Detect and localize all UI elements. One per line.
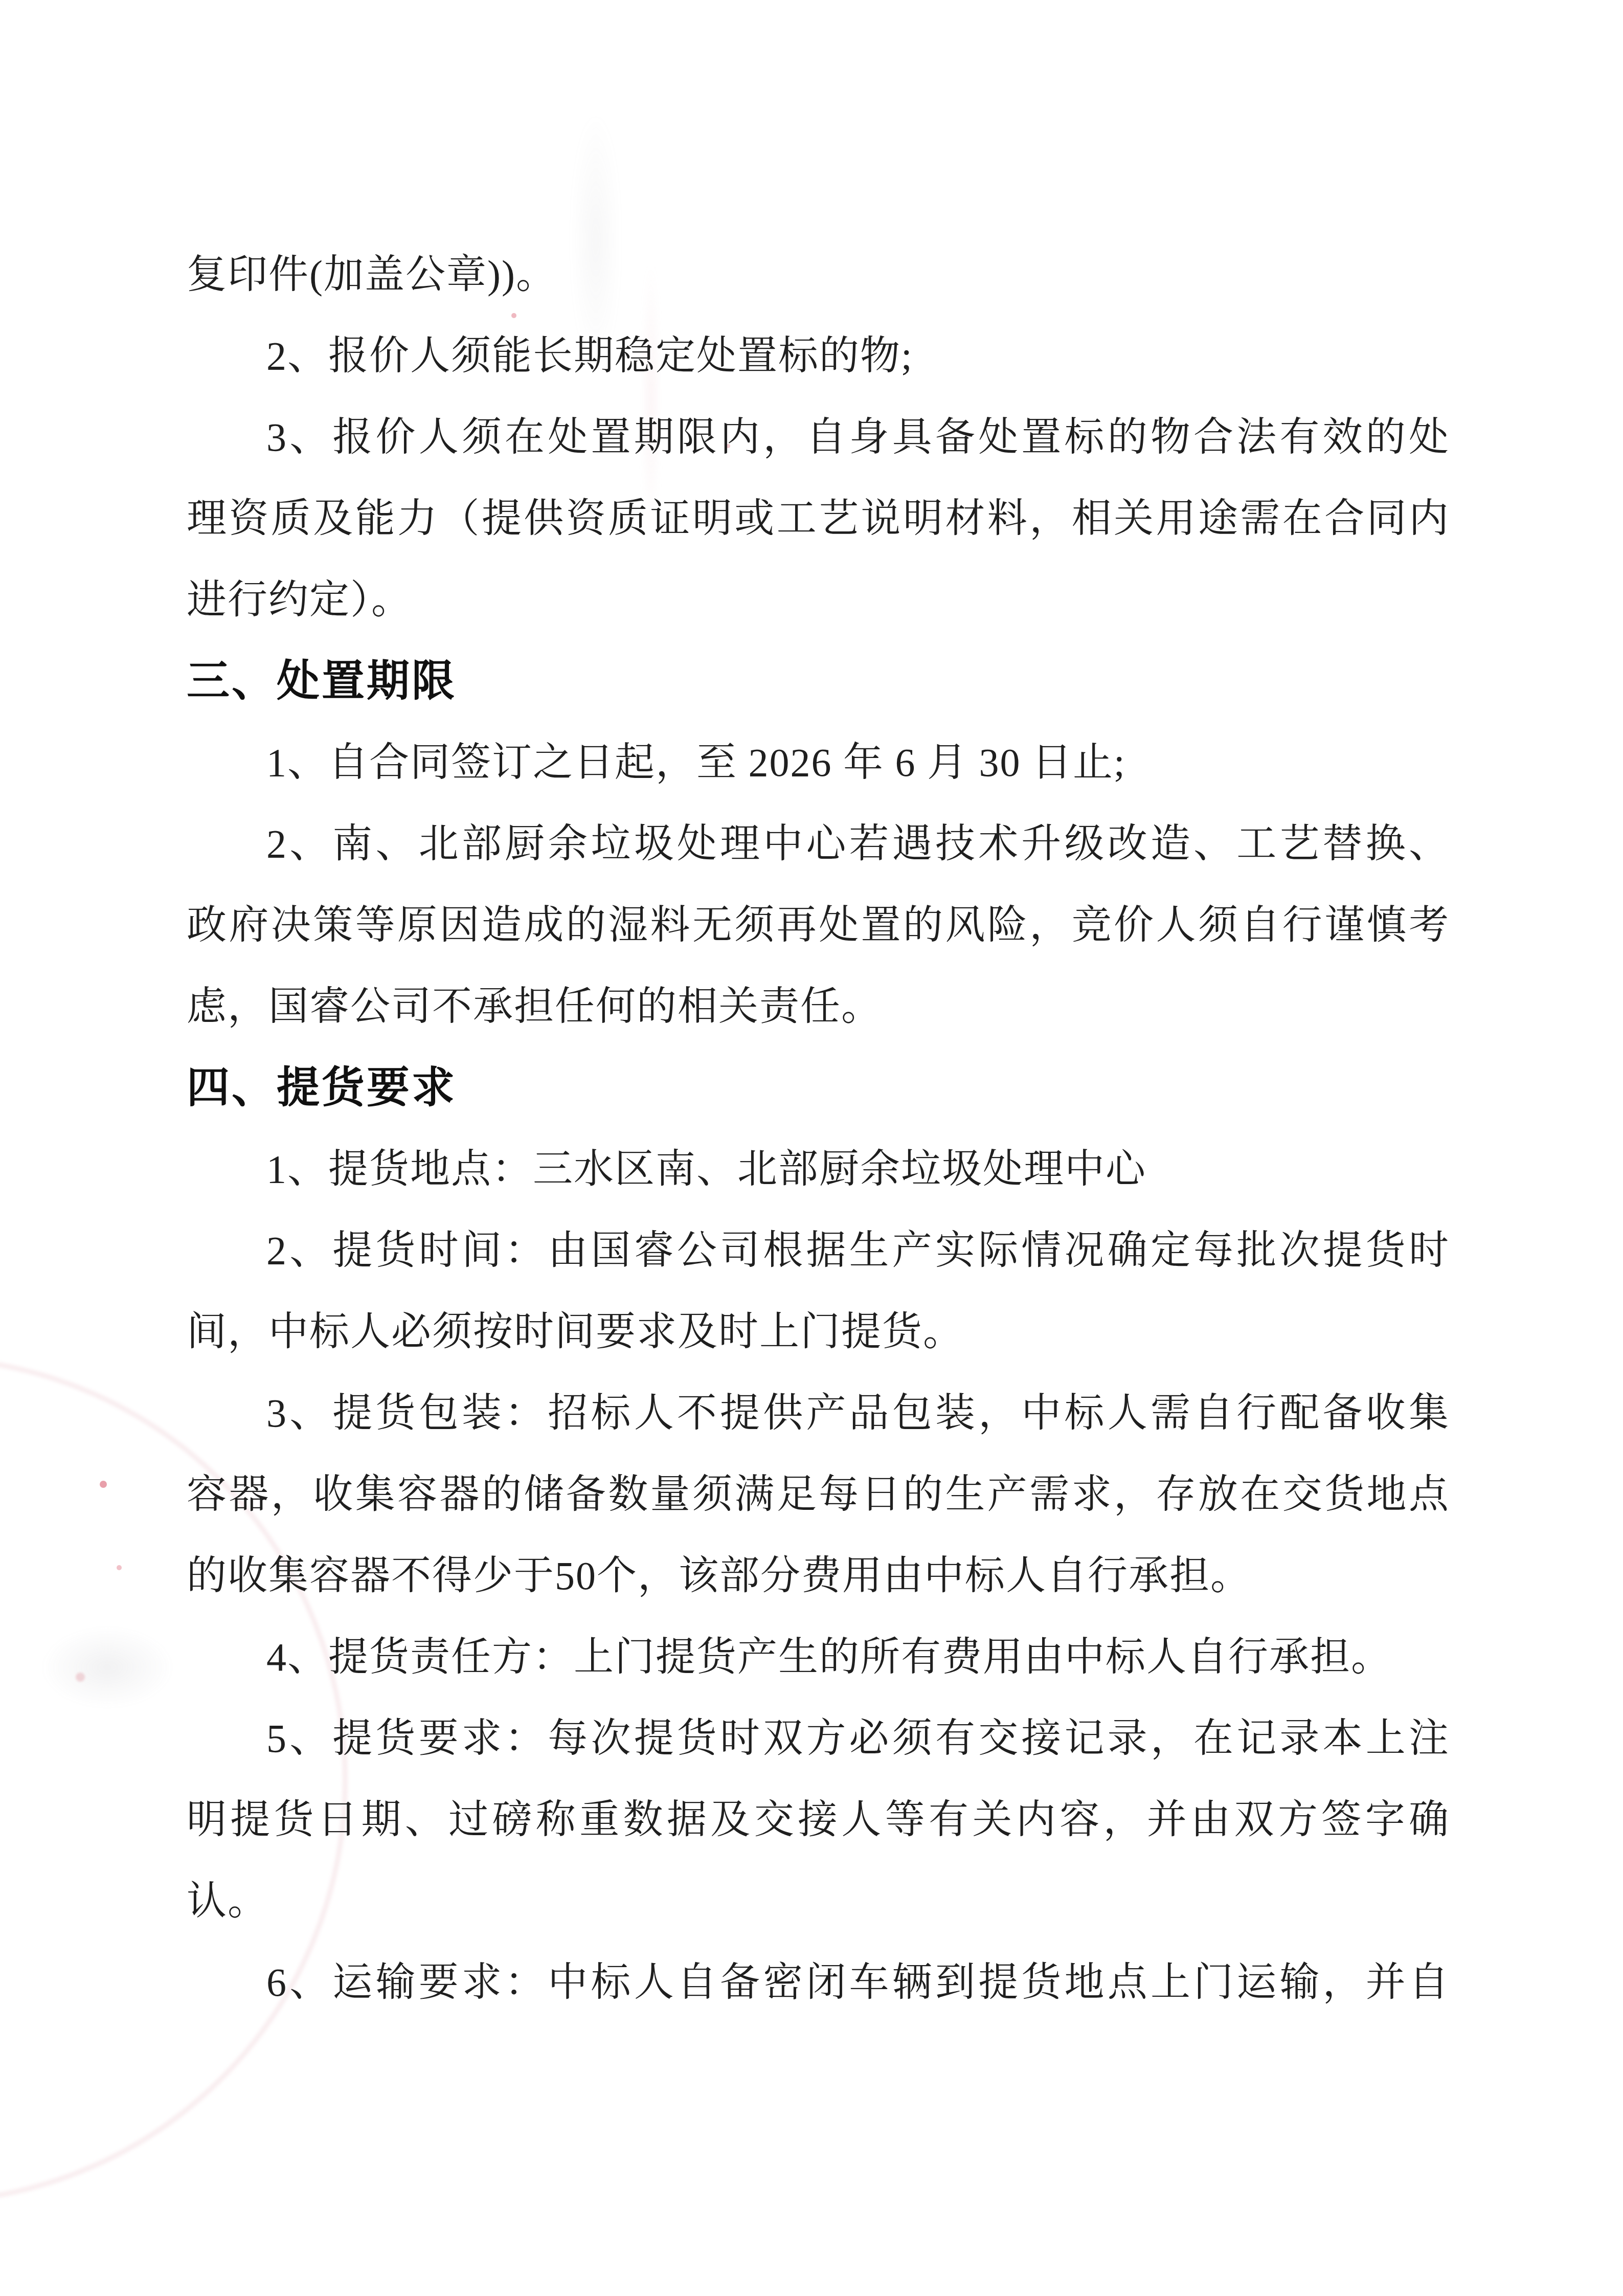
document-line: 认。: [187, 1860, 1450, 1942]
stamp-dot-artifact: [76, 1673, 85, 1682]
document-line: 2、报价人须能长期稳定处置标的物;: [187, 315, 1450, 396]
document-line: 2、南、北部厨余垃圾处理中心若遇技术升级改造、工艺替换、: [187, 803, 1450, 884]
document-line: 3、提货包装：招标人不提供产品包装，中标人需自行配备收集: [187, 1372, 1450, 1454]
scan-smudge-artifact: [41, 1626, 174, 1708]
document-line: 5、提货要求：每次提货时双方必须有交接记录，在记录本上注: [187, 1698, 1450, 1779]
document-line: 6、运输要求：中标人自备密闭车辆到提货地点上门运输，并自: [187, 1942, 1450, 2023]
document-line: 4、提货责任方：上门提货产生的所有费用由中标人自行承担。: [187, 1616, 1450, 1698]
document-line: 3、报价人须在处置期限内，自身具备处置标的物合法有效的处: [187, 396, 1450, 478]
document-line: 明提货日期、过磅称重数据及交接人等有关内容，并由双方签字确: [187, 1779, 1450, 1860]
document-line: 虑，国睿公司不承担任何的相关责任。: [187, 966, 1450, 1047]
section-heading: 四、提货要求: [187, 1047, 1450, 1128]
stamp-dot-artifact: [117, 1565, 122, 1570]
document-line: 间，中标人必须按时间要求及时上门提货。: [187, 1291, 1450, 1372]
document-line: 复印件(加盖公章))。: [187, 234, 1450, 315]
document-line: 容器，收集容器的储备数量须满足每日的生产需求，存放在交货地点: [187, 1454, 1450, 1535]
document-line: 2、提货时间：由国睿公司根据生产实际情况确定每批次提货时: [187, 1210, 1450, 1291]
document-line: 进行约定）。: [187, 559, 1450, 640]
section-heading: 三、处置期限: [187, 640, 1450, 722]
stamp-dot-artifact: [100, 1481, 107, 1488]
document-line: 政府决策等原因造成的湿料无须再处置的风险，竞价人须自行谨慎考: [187, 884, 1450, 966]
document-line: 理资质及能力（提供资质证明或工艺说明材料，相关用途需在合同内: [187, 478, 1450, 559]
document-text-column: 复印件(加盖公章))。2、报价人须能长期稳定处置标的物;3、报价人须在处置期限内…: [187, 234, 1450, 2023]
document-line: 1、自合同签订之日起，至 2026 年 6 月 30 日止;: [187, 722, 1450, 803]
document-line: 1、提货地点：三水区南、北部厨余垃圾处理中心: [187, 1128, 1450, 1210]
document-page: 复印件(加盖公章))。2、报价人须能长期稳定处置标的物;3、报价人须在处置期限内…: [0, 0, 1623, 2296]
document-line: 的收集容器不得少于50个，该部分费用由中标人自行承担。: [187, 1535, 1450, 1616]
